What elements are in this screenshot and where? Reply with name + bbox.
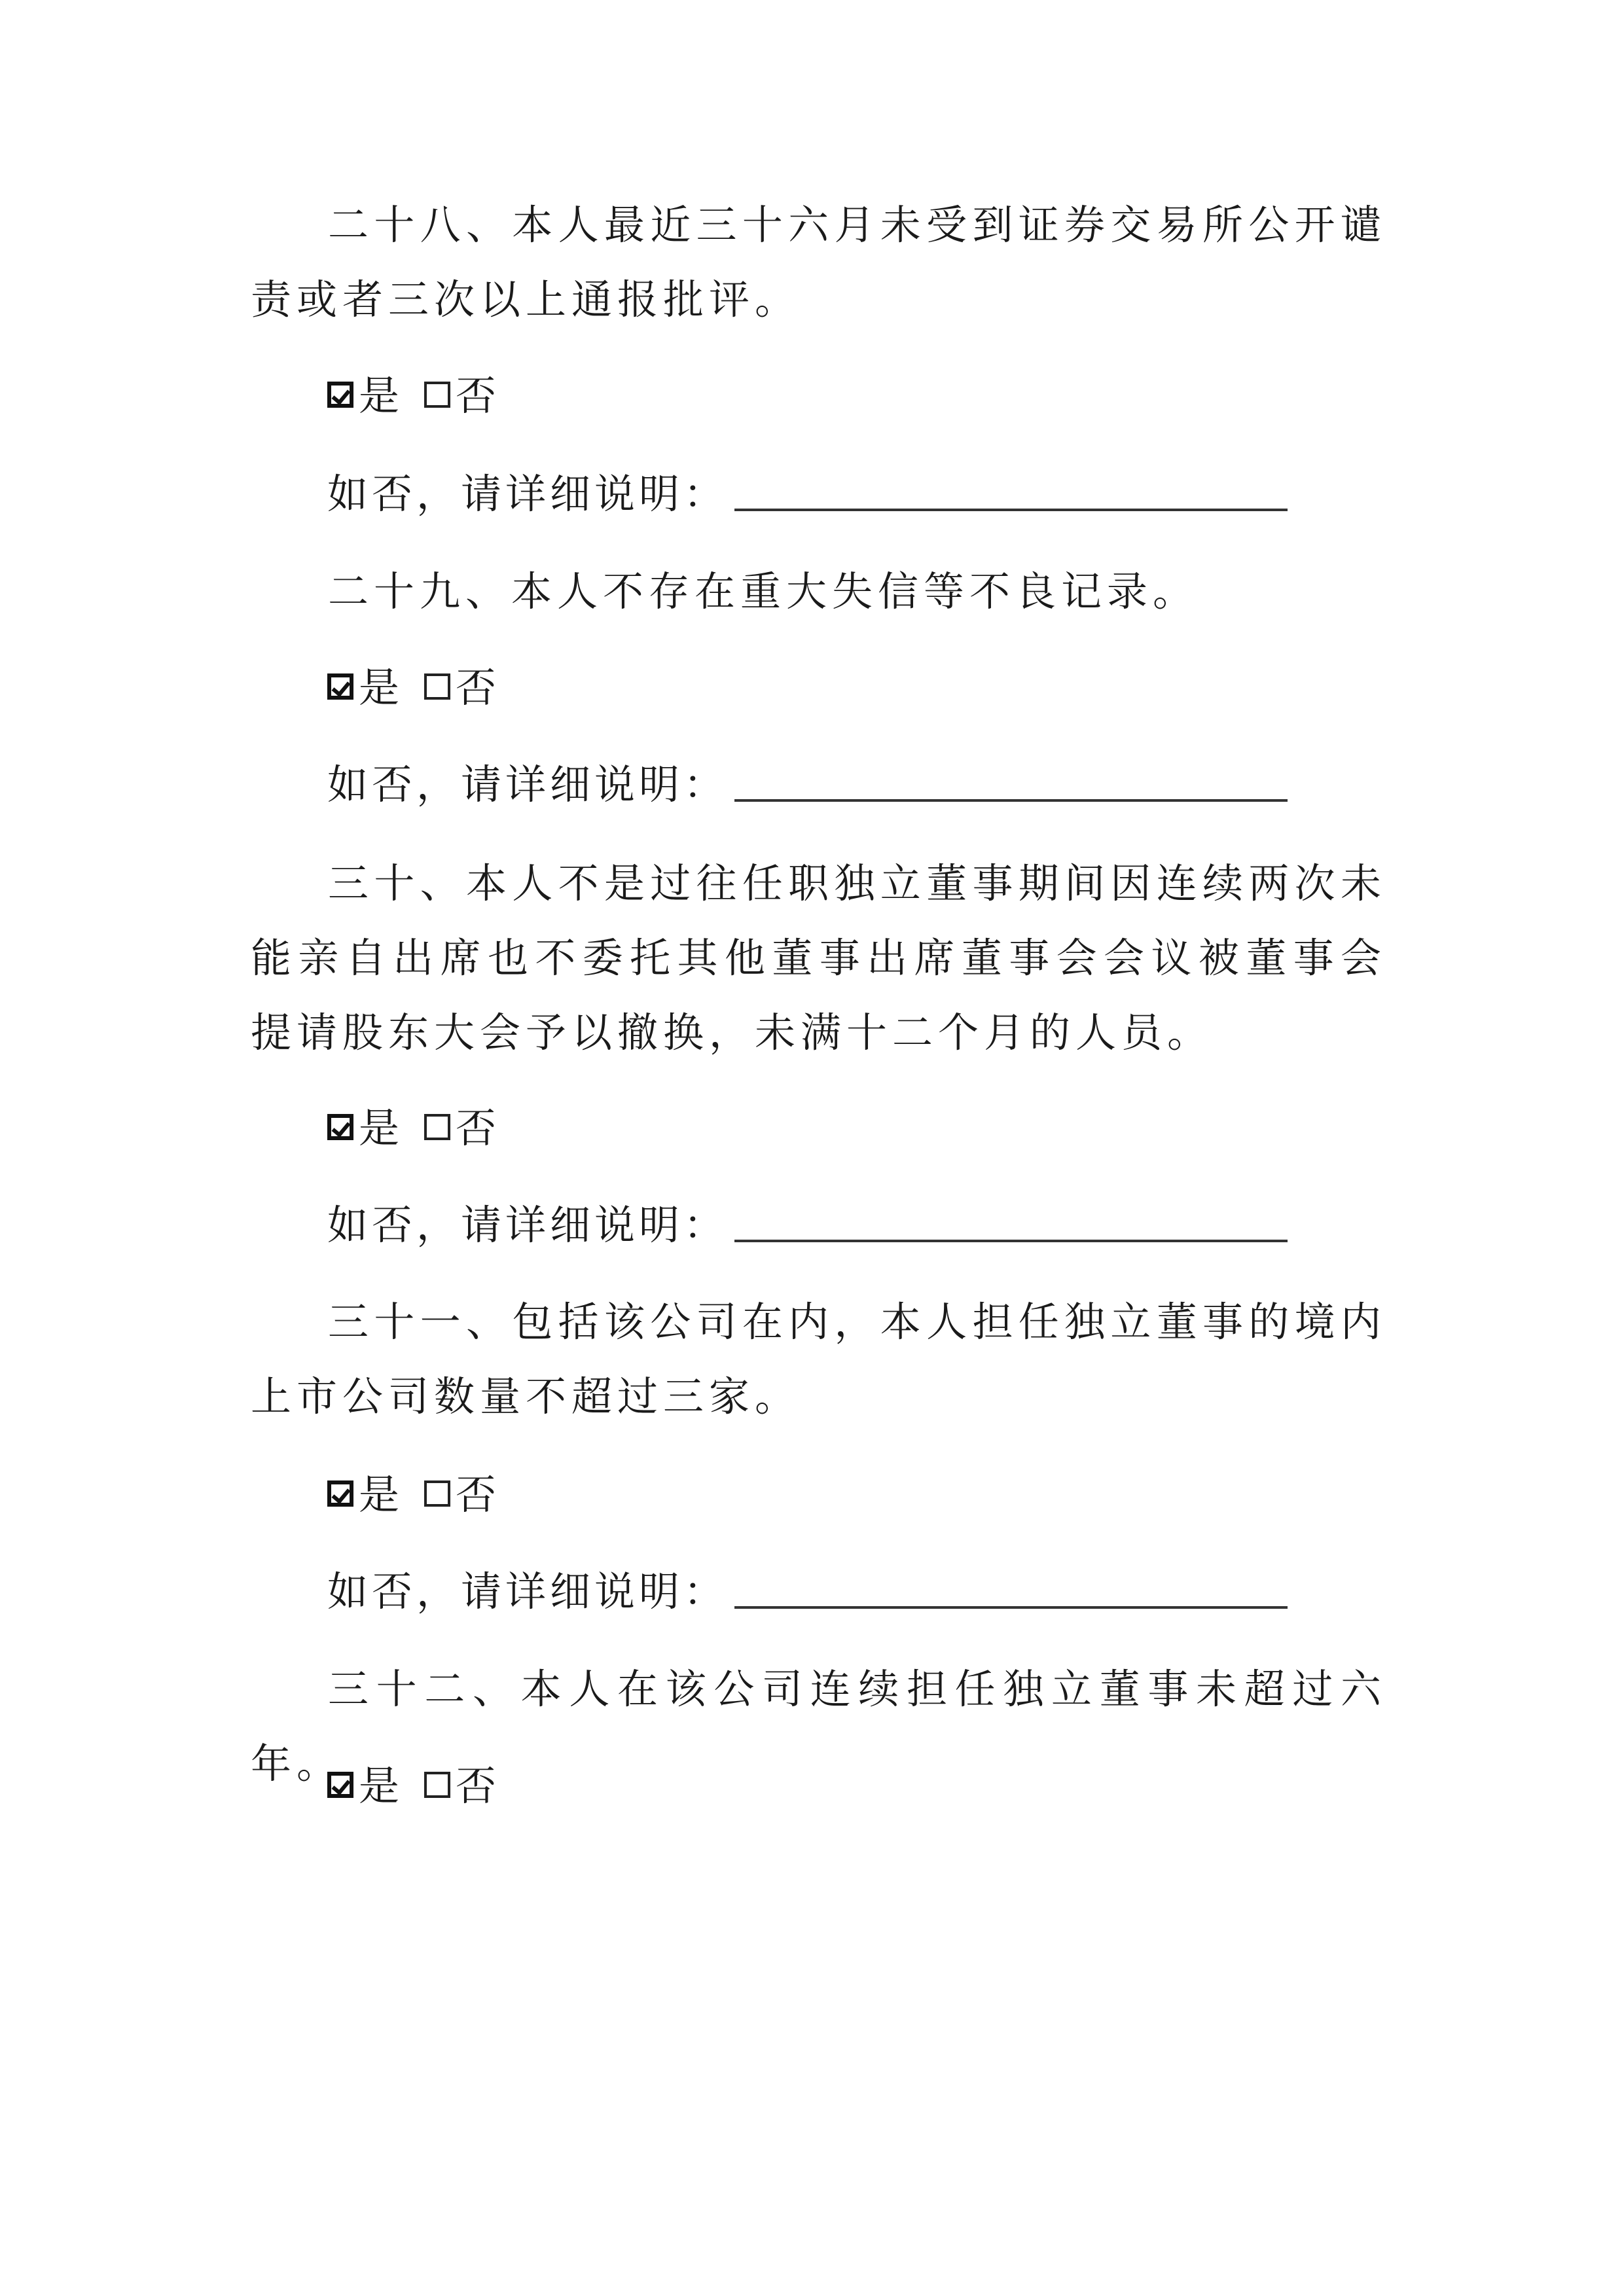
no-label: 否 <box>456 1760 500 1812</box>
no-label: 否 <box>456 662 500 714</box>
item-30-options: 是 否 <box>327 1102 521 1155</box>
checkbox-unchecked-icon[interactable] <box>424 1480 450 1507</box>
item-28-no-option[interactable]: 否 <box>424 370 500 422</box>
yes-label: 是 <box>359 1760 403 1812</box>
item-32-no-option[interactable]: 否 <box>424 1760 500 1812</box>
yes-label: 是 <box>359 370 403 422</box>
item-30-yes-option[interactable]: 是 <box>327 1102 403 1155</box>
item-30-explain: 如否，请详细说明： <box>327 1199 1288 1251</box>
item-29-yes-option[interactable]: 是 <box>327 662 403 714</box>
item-28-text: 二十八、本人最近三十六月未受到证券交易所公开谴责或者三次以上通报批评。 <box>251 188 1386 337</box>
yes-label: 是 <box>359 1469 403 1521</box>
explain-label: 如否，请详细说明： <box>327 1199 728 1251</box>
item-31-text: 三十一、包括该公司在内，本人担任独立董事的境内上市公司数量不超过三家。 <box>251 1285 1386 1434</box>
explain-blank-line[interactable] <box>734 1606 1288 1609</box>
item-28-yes-option[interactable]: 是 <box>327 370 403 422</box>
item-31-no-option[interactable]: 否 <box>424 1469 500 1521</box>
no-label: 否 <box>456 1102 500 1155</box>
checkbox-unchecked-icon[interactable] <box>424 1114 450 1140</box>
item-29-no-option[interactable]: 否 <box>424 662 500 714</box>
document-page: 二十八、本人最近三十六月未受到证券交易所公开谴责或者三次以上通报批评。 是 否 … <box>0 0 1624 2296</box>
explain-label: 如否，请详细说明： <box>327 468 728 520</box>
item-28-explain: 如否，请详细说明： <box>327 468 1288 520</box>
explain-blank-line[interactable] <box>734 799 1288 802</box>
item-30-no-option[interactable]: 否 <box>424 1102 500 1155</box>
explain-blank-line[interactable] <box>734 1240 1288 1242</box>
no-label: 否 <box>456 370 500 422</box>
item-29-options: 是 否 <box>327 662 521 714</box>
checkbox-checked-icon[interactable] <box>327 1480 353 1507</box>
checkbox-checked-icon[interactable] <box>327 382 353 408</box>
checkbox-checked-icon[interactable] <box>327 1114 353 1140</box>
item-32-options: 是 否 <box>327 1760 521 1812</box>
item-31-yes-option[interactable]: 是 <box>327 1469 403 1521</box>
yes-label: 是 <box>359 662 403 714</box>
yes-label: 是 <box>359 1102 403 1155</box>
item-29-text: 二十九、本人不存在重大失信等不良记录。 <box>251 554 1386 629</box>
item-28-options: 是 否 <box>327 370 521 422</box>
checkbox-unchecked-icon[interactable] <box>424 1772 450 1798</box>
checkbox-checked-icon[interactable] <box>327 673 353 700</box>
checkbox-unchecked-icon[interactable] <box>424 382 450 408</box>
item-31-options: 是 否 <box>327 1469 521 1521</box>
item-29-explain: 如否，请详细说明： <box>327 759 1288 811</box>
item-32-yes-option[interactable]: 是 <box>327 1760 403 1812</box>
checkbox-unchecked-icon[interactable] <box>424 673 450 700</box>
explain-label: 如否，请详细说明： <box>327 1566 728 1618</box>
explain-blank-line[interactable] <box>734 509 1288 511</box>
no-label: 否 <box>456 1469 500 1521</box>
explain-label: 如否，请详细说明： <box>327 759 728 811</box>
checkbox-checked-icon[interactable] <box>327 1772 353 1798</box>
item-30-text: 三十、本人不是过往任职独立董事期间因连续两次未能亲自出席也不委托其他董事出席董事… <box>251 846 1386 1070</box>
item-31-explain: 如否，请详细说明： <box>327 1566 1288 1618</box>
